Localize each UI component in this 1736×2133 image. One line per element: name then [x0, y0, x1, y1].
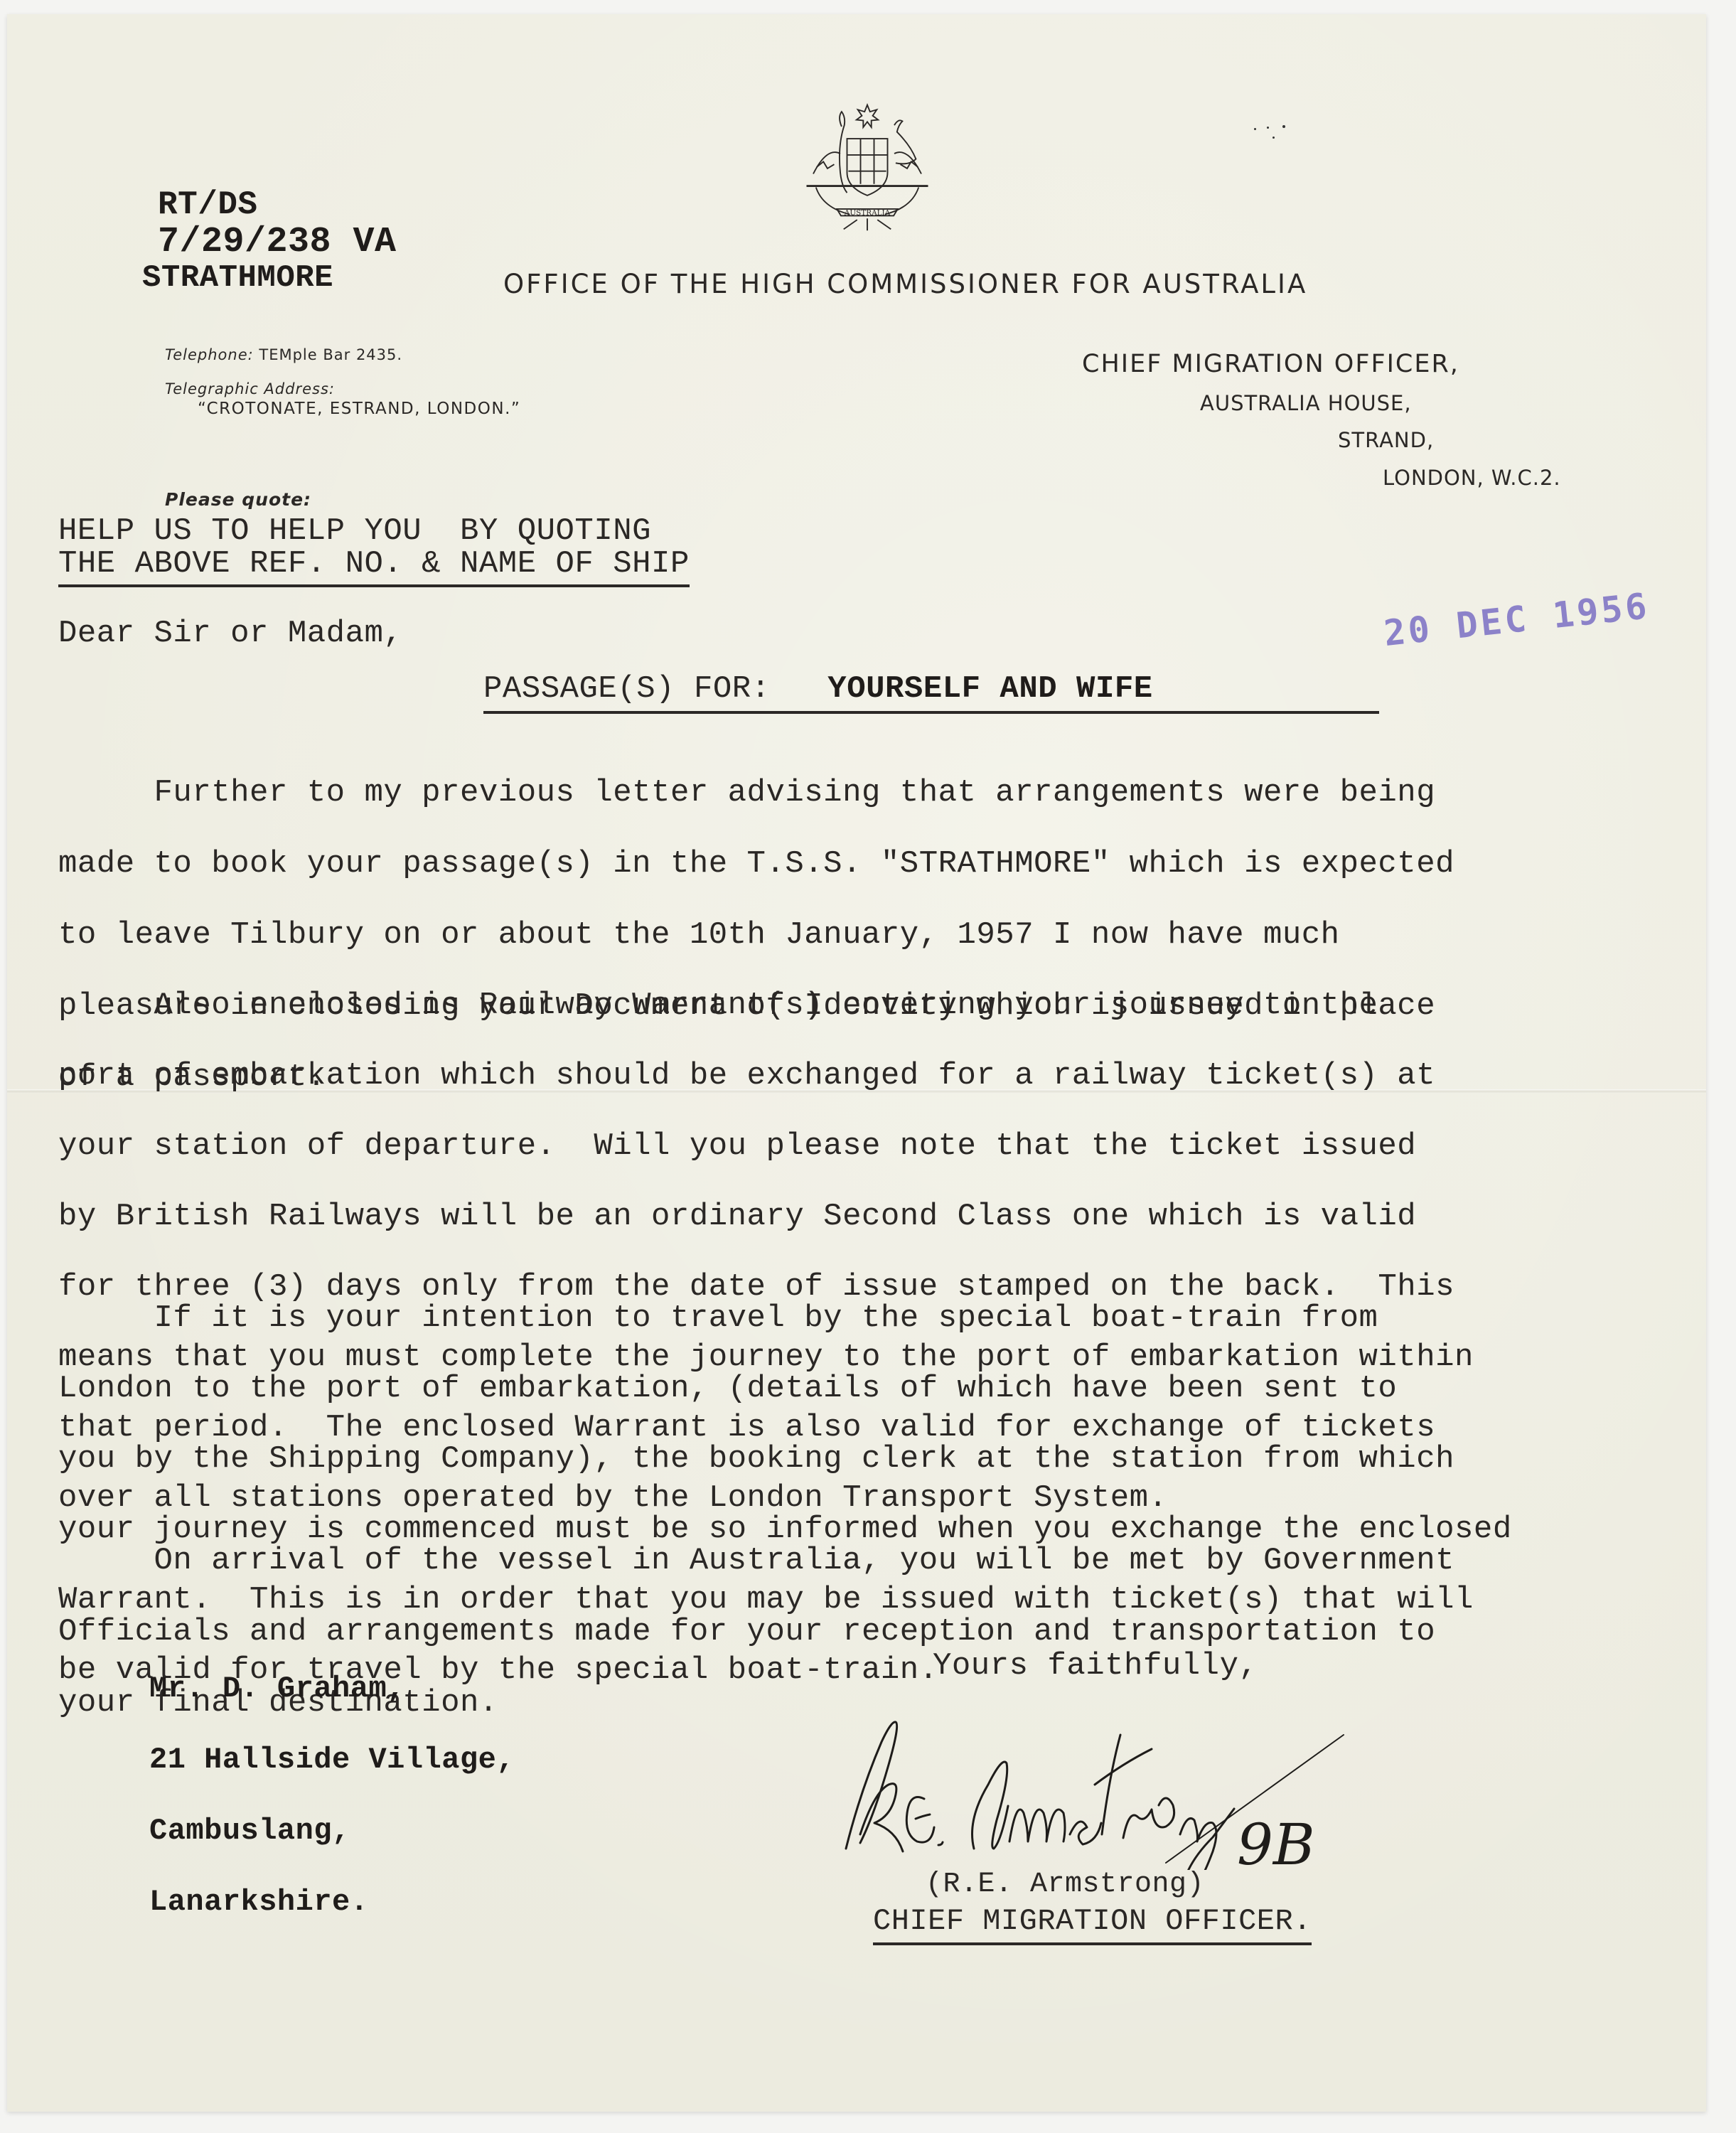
salutation: Dear Sir or Madam, [58, 616, 402, 651]
crest-scroll-text: AUSTRALIA [844, 208, 891, 217]
body-line: you by the Shipping Company), the bookin… [58, 1442, 1512, 1477]
subject-label: PASSAGE(S) FOR: [483, 671, 771, 707]
australian-coat-of-arms-icon: AUSTRALIA [800, 100, 935, 235]
body-line: London to the port of embarkation, (deta… [58, 1372, 1512, 1407]
subject-value: YOURSELF AND WIFE [827, 671, 1152, 707]
body-line: to leave Tilbury on or about the 10th Ja… [58, 917, 1454, 953]
office-title: OFFICE OF THE HIGH COMMISSIONER FOR AUST… [503, 269, 1307, 299]
body-line: On arrival of the vessel in Australia, y… [58, 1543, 1454, 1578]
body-line: Further to my previous letter advising t… [58, 775, 1454, 811]
telephone-line: Telephone: TEMple Bar 2435. [165, 346, 402, 363]
ink-specks [1251, 122, 1294, 144]
recipient-town: Cambuslang, [149, 1813, 515, 1849]
quote-notice-line-1: HELP US TO HELP YOU BY QUOTING [58, 513, 651, 549]
quote-notice-line-2: THE ABOVE REF. NO. & NAME OF SHIP [58, 546, 690, 587]
sender-street: STRAND, [1338, 428, 1434, 452]
please-quote-label: Please quote: [165, 489, 311, 510]
reference-ship-name: STRATHMORE [142, 260, 333, 296]
recipient-address: Mr. D. Graham, 21 Hallside Village, Camb… [149, 1635, 515, 1955]
valediction: Yours faithfully, [933, 1648, 1258, 1684]
subject-line: PASSAGE(S) FOR: YOURSELF AND WIFE [483, 671, 1379, 714]
initials-annotation: 9B [1237, 1812, 1315, 1870]
signatory-title: CHIEF MIGRATION OFFICER. [873, 1904, 1312, 1945]
sender-city: LONDON, W.C.2. [1383, 466, 1561, 490]
body-line: made to book your passage(s) in the T.S.… [58, 846, 1454, 882]
body-line: If it is your intention to travel by the… [58, 1301, 1512, 1337]
sender-building: AUSTRALIA HOUSE, [1200, 391, 1412, 415]
body-line: Also enclosed is Railway Warrant(s) cove… [58, 988, 1474, 1024]
body-line: your station of departure. Will you plea… [58, 1129, 1474, 1165]
telephone-label: Telephone: [165, 346, 254, 363]
recipient-street: 21 Hallside Village, [149, 1742, 515, 1777]
signatory-name: (R.E. Armstrong) [926, 1869, 1204, 1901]
reference-line-2: 7/29/238 VA [158, 222, 397, 262]
recipient-county: Lanarkshire. [149, 1884, 515, 1920]
handwritten-signature-icon: 9B [832, 1699, 1472, 1870]
body-line: by British Railways will be an ordinary … [58, 1199, 1474, 1235]
reference-line-1: RT/DS [158, 186, 258, 223]
telephone-number: TEMple Bar 2435. [259, 346, 402, 363]
telegraphic-address: “CROTONATE, ESTRAND, LONDON.” [198, 400, 520, 418]
recipient-name: Mr. D. Graham, [149, 1671, 515, 1706]
sender-title: CHIEF MIGRATION OFFICER, [1082, 350, 1459, 378]
telegraphic-label: Telegraphic Address: [165, 380, 335, 397]
body-line: port of embarkation which should be exch… [58, 1059, 1474, 1094]
